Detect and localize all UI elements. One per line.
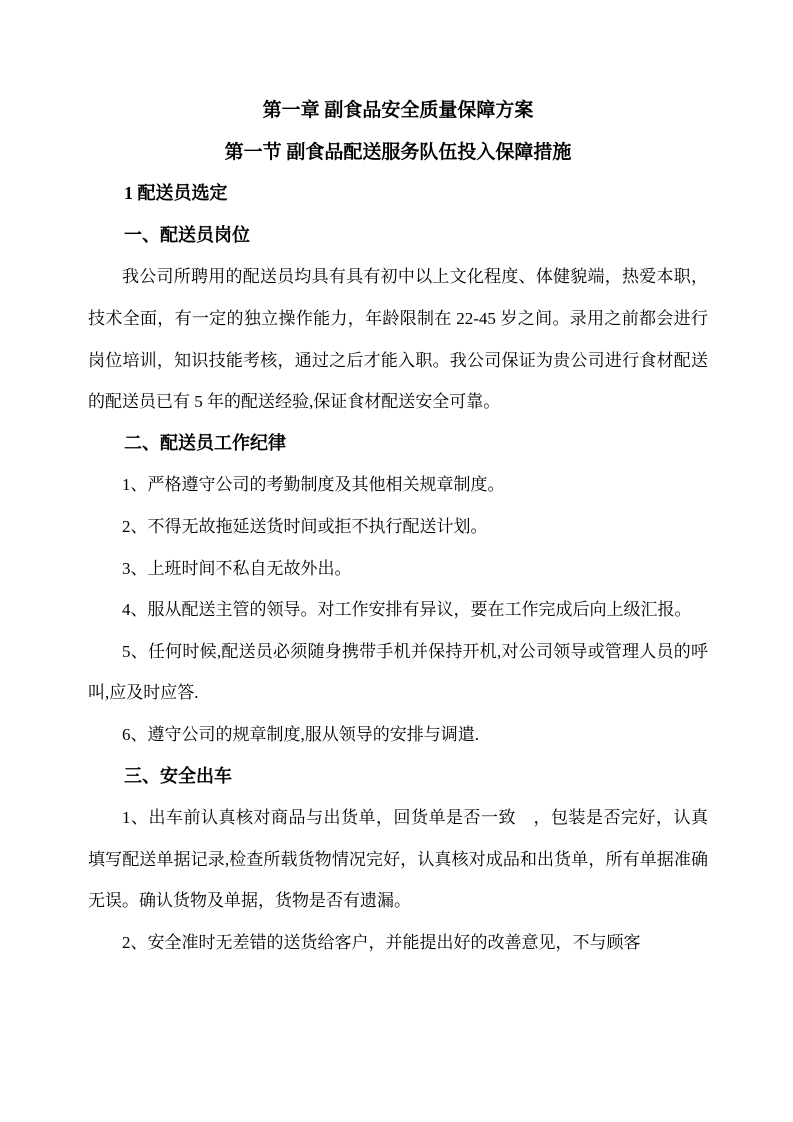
section-title: 第一节 副食品配送服务队伍投入保障措施 [88,132,708,174]
heading-safe-driving: 三、安全出车 [88,756,708,798]
safe-driving-item-2: 2、安全准时无差错的送货给客户，并能提出好的改善意见，不与顾客 [88,922,708,964]
heading-delivery-staff-selection: 1 配送员选定 [88,173,708,215]
discipline-item-3: 3、上班时间不私自无故外出。 [88,548,708,590]
discipline-item-2: 2、不得无故拖延送货时间或拒不执行配送计划。 [88,506,708,548]
discipline-item-5: 5、任何时候,配送员必须随身携带手机并保持开机,对公司领导或管理人员的呼叫,应及… [88,631,708,714]
discipline-item-4: 4、服从配送主管的领导。对工作安排有异议，要在工作完成后向上级汇报。 [88,589,708,631]
discipline-item-6: 6、遵守公司的规章制度,服从领导的安排与调遣. [88,714,708,756]
discipline-item-1: 1、严格遵守公司的考勤制度及其他相关规章制度。 [88,464,708,506]
heading-delivery-staff-position: 一、配送员岗位 [88,215,708,257]
heading-work-discipline: 二、配送员工作纪律 [88,423,708,465]
document-page: 第一章 副食品安全质量保障方案 第一节 副食品配送服务队伍投入保障措施 1 配送… [0,0,793,1122]
chapter-title: 第一章 副食品安全质量保障方案 [88,90,708,132]
paragraph-staff-qualifications: 我公司所聘用的配送员均具有具有初中以上文化程度、体健貌端，热爱本职，技术全面，有… [88,256,708,422]
safe-driving-item-1: 1、出车前认真核对商品与出货单，回货单是否一致 ，包装是否完好，认真填写配送单据… [88,797,708,922]
